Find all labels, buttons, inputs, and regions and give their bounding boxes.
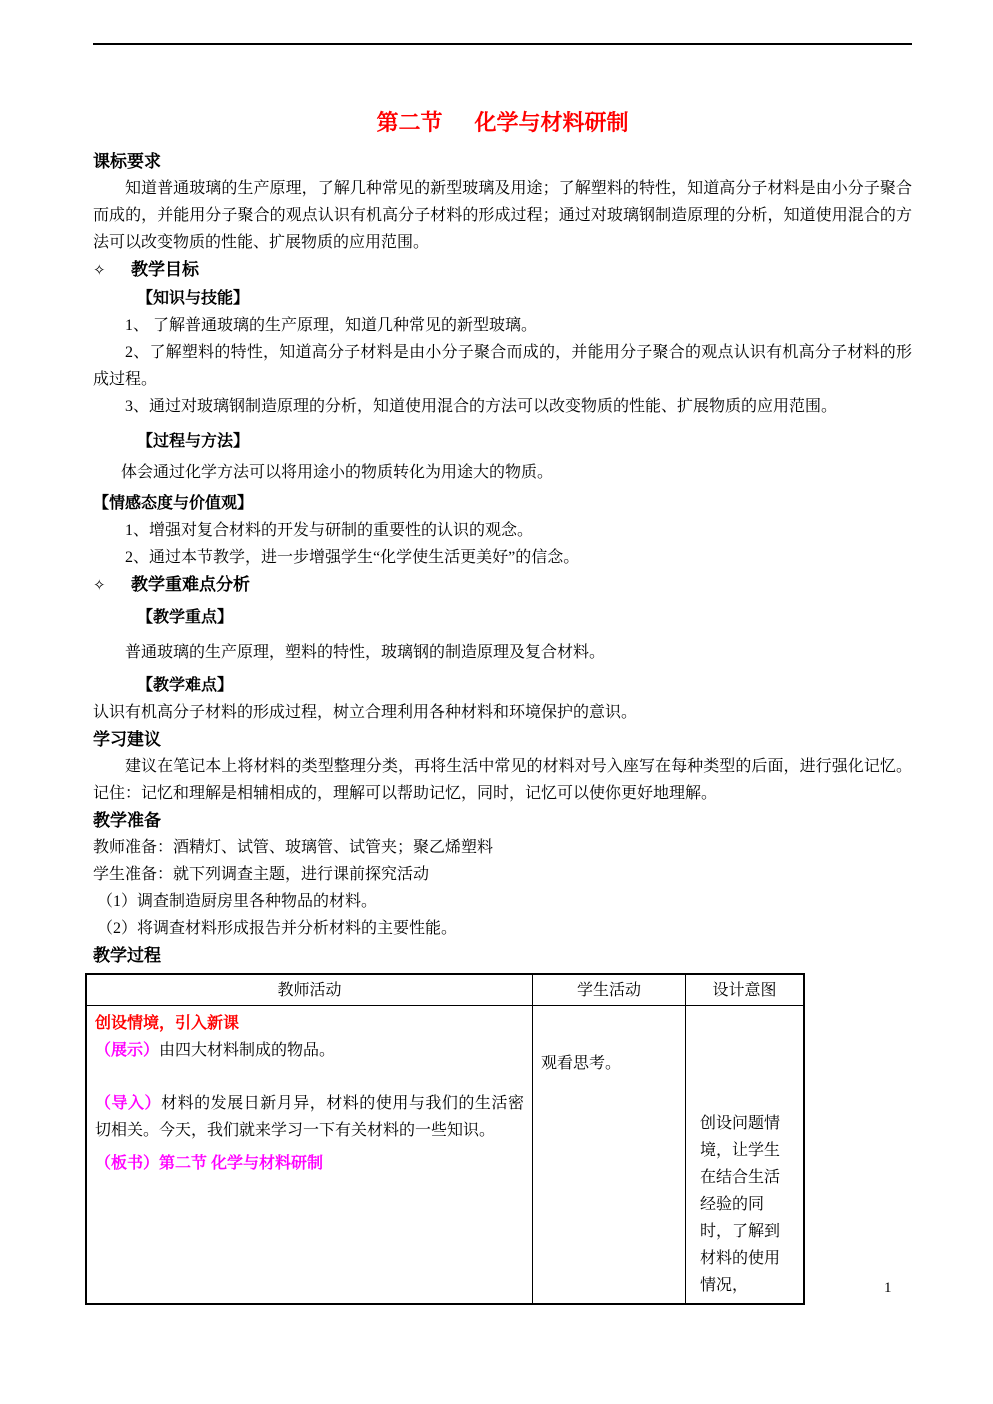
paragraph-nandian-body: 认识有机高分子材料的形成过程，树立合理利用各种材料和环境保护的意识。	[93, 699, 912, 726]
lesson-intro-title: 创设情境，引入新课	[95, 1010, 524, 1037]
lead-in-paragraph: （导入）材料的发展日新月异，材料的使用与我们的生活密切相关。今天，我们就来学习一…	[95, 1090, 524, 1144]
student-activity-text: 观看思考。	[541, 1050, 677, 1077]
paragraph-survey-2: （2）将调查材料形成报告并分析材料的主要性能。	[97, 915, 912, 942]
paragraph-kebiao-body: 知道普通玻璃的生产原理，了解几种常见的新型玻璃及用途；了解塑料的特性，知道高分子…	[93, 175, 912, 256]
heading-jiaoxue-mubiao: ✧教学目标	[93, 256, 912, 285]
paragraph-zhongdian-body: 普通玻璃的生产原理，塑料的特性，玻璃钢的制造原理及复合材料。	[93, 639, 912, 666]
lesson-process-table: 教师活动 学生活动 设计意图 创设情境，引入新课 （展示）由四大材料制成的物品。…	[85, 973, 805, 1305]
page-title: 第二节化学与材料研制	[93, 108, 912, 138]
design-intent-text: 创设问题情境，让学生在结合生活经验的同时，了解到材料的使用情况，	[700, 1110, 789, 1299]
paragraph-teacher-prep: 教师准备：酒精灯、试管、玻璃管、试管夹；聚乙烯塑料	[93, 834, 912, 861]
column-header-design-intent: 设计意图	[686, 974, 805, 1006]
paragraph-xuexi-jianyi-body: 建议在笔记本上将材料的类型整理分类，再将生活中常见的材料对号入座写在每种类型的后…	[93, 753, 912, 807]
column-header-teacher-activity: 教师活动	[86, 974, 533, 1006]
cell-teacher-activity: 创设情境，引入新课 （展示）由四大材料制成的物品。 （导入）材料的发展日新月异，…	[86, 1006, 533, 1305]
heading-guocheng-fangfa: 【过程与方法】	[137, 428, 912, 455]
cell-student-activity: 观看思考。	[533, 1006, 686, 1305]
page-number: 1	[884, 1278, 892, 1298]
diamond-icon: ✧	[93, 258, 131, 285]
header-rule	[93, 43, 912, 45]
heading-jiaoxue-nandian: 【教学难点】	[137, 672, 912, 699]
heading-zhongnandian-fenxi: ✧教学重难点分析	[93, 571, 912, 600]
page-title-part2: 化学与材料研制	[475, 110, 629, 135]
heading-jiaoxue-zhunbei: 教学准备	[93, 807, 912, 834]
table-row: 创设情境，引入新课 （展示）由四大材料制成的物品。 （导入）材料的发展日新月异，…	[86, 1006, 804, 1305]
show-label: （展示）	[95, 1042, 159, 1059]
heading-jiaoxue-zhongdian: 【教学重点】	[137, 604, 912, 631]
heading-zhishi-jineng: 【知识与技能】	[137, 285, 912, 312]
list-item-qgtd-2: 2、通过本节教学，进一步增强学生“化学使生活更美好”的信念。	[93, 544, 912, 571]
list-item-zsjn-2: 2、了解塑料的特性，知道高分子材料是由小分子聚合而成的，并能用分子聚合的观点认识…	[93, 339, 912, 393]
page-title-part1: 第二节	[376, 110, 442, 135]
heading-qinggan-taidu: 【情感态度与价值观】	[93, 490, 912, 517]
list-item-zsjn-1: 1、 了解普通玻璃的生产原理，知道几种常见的新型玻璃。	[93, 312, 912, 339]
heading-zhongnandian-label: 教学重难点分析	[131, 575, 250, 594]
list-item-qgtd-1: 1、增强对复合材料的开发与研制的重要性的认识的观念。	[93, 517, 912, 544]
paragraph-survey-1: （1）调查制造厨房里各种物品的材料。	[97, 888, 912, 915]
heading-jiaoxue-mubiao-label: 教学目标	[131, 260, 199, 279]
cell-design-intent: 创设问题情境，让学生在结合生活经验的同时，了解到材料的使用情况，	[686, 1006, 805, 1305]
show-text: 由四大材料制成的物品。	[159, 1042, 335, 1059]
heading-jiaoxue-guocheng: 教学过程	[93, 942, 912, 969]
list-item-zsjn-3: 3、通过对玻璃钢制造原理的分析，知道使用混合的方法可以改变物质的性能、扩展物质的…	[93, 393, 912, 420]
lead-in-label: （导入）	[95, 1095, 161, 1112]
document-body: 第二节化学与材料研制 课标要求 知道普通玻璃的生产原理，了解几种常见的新型玻璃及…	[93, 100, 912, 1305]
table-header-row: 教师活动 学生活动 设计意图	[86, 974, 804, 1006]
paragraph-student-prep: 学生准备：就下列调查主题，进行课前探究活动	[93, 861, 912, 888]
diamond-icon: ✧	[93, 573, 131, 600]
heading-kebiao-yaoqiu: 课标要求	[93, 148, 912, 175]
board-writing-line: （板书）第二节 化学与材料研制	[95, 1150, 524, 1177]
paragraph-guocheng-body: 体会通过化学方法可以将用途小的物质转化为用途大的物质。	[121, 459, 912, 486]
show-line: （展示）由四大材料制成的物品。	[95, 1037, 524, 1064]
heading-xuexi-jianyi: 学习建议	[93, 726, 912, 753]
column-header-student-activity: 学生活动	[533, 974, 686, 1006]
